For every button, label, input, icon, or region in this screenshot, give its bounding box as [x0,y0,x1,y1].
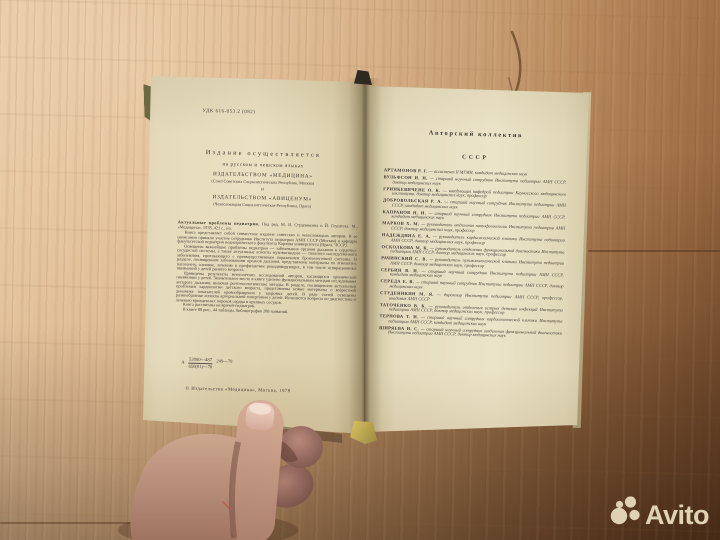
authors-heading: Авторский коллектив [385,128,567,140]
plank-seam-right [588,250,720,252]
catalog-denominator: 650(91)—78 [188,363,212,369]
bibliographic-annotation: Актуальные проблемы педиатрии. Под ред. … [176,220,358,315]
avito-logo-icon [611,496,640,524]
udk-classification: УДК 616-053.2 (082) [202,109,255,115]
edition-line: Издание осуществляется [171,148,355,159]
ussr-subheading: СССР [384,152,566,163]
catalog-prefix: А [181,360,184,365]
hand-holding-page [118,378,342,540]
catalog-fraction: 52000—487 650(91)—78 [188,357,212,369]
author-entry: ШИРЯЕВА И. С. — старший научный сотрудни… [379,326,562,340]
book-photo: УДК 616-053.2 (082) Издание осуществляет… [0,0,720,540]
edition-line: на русском и чешском языках [171,160,355,170]
catalog-code: А 52000—487 650(91)—78 249—78 [181,356,232,369]
avito-wordmark: Avito [645,500,709,530]
right-page: Авторский коллектив СССР АРТАМОНОВ Р. Г.… [358,78,593,438]
catalog-suffix: 249—78 [216,359,232,364]
author-name: АРТАМОНОВ Р. Г. [384,167,428,173]
right-page-content: Авторский коллектив СССР АРТАМОНОВ Р. Г.… [358,78,593,438]
avito-watermark: Avito [604,490,720,536]
hand-back [130,434,242,540]
authors-list: АРТАМОНОВ Р. Г. — ассистент II МГМИ, кан… [379,168,567,343]
edition-statement: Издание осуществляется на русском и чешс… [170,148,355,212]
